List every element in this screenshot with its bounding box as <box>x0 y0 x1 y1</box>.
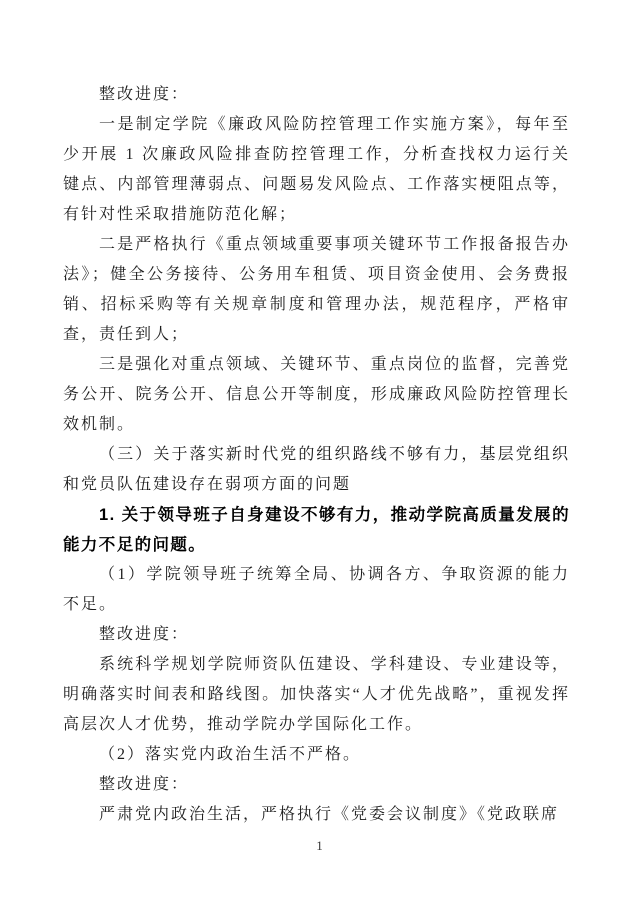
page-footer: 1 <box>0 837 639 855</box>
paragraph-section-heading-three: （三）关于落实新时代党的组织路线不够有力，基层党组织和党员队伍建设存在弱项方面的… <box>63 440 570 500</box>
document-body: 整改进度： 一是制定学院《廉政风险防控管理工作实施方案》，每年至少开展 1 次廉… <box>63 80 570 830</box>
paragraph-numbered-heading-1: 1. 关于领导班子自身建设不够有力，推动学院高质量发展的能力不足的问题。 <box>63 500 570 560</box>
paragraph-measure-one: 一是制定学院《廉政风险防控管理工作实施方案》，每年至少开展 1 次廉政风险排查防… <box>63 110 570 230</box>
paragraph-progress-detail-1: 系统科学规划学院师资队伍建设、学科建设、专业建设等，明确落实时间表和路线图。加快… <box>63 650 570 740</box>
paragraph-issue-2: （2）落实党内政治生活不严格。 <box>63 740 570 770</box>
paragraph-issue-1: （1）学院领导班子统筹全局、协调各方、争取资源的能力不足。 <box>63 560 570 620</box>
document-page: 整改进度： 一是制定学院《廉政风险防控管理工作实施方案》，每年至少开展 1 次廉… <box>0 0 639 905</box>
paragraph-measure-three: 三是强化对重点领域、关键环节、重点岗位的监督，完善党务公开、院务公开、信息公开等… <box>63 350 570 440</box>
paragraph-progress-label-1: 整改进度： <box>63 80 570 110</box>
paragraph-progress-label-3: 整改进度： <box>63 770 570 800</box>
paragraph-measure-two: 二是严格执行《重点领域重要事项关键环节工作报备报告办法》；健全公务接待、公务用车… <box>63 230 570 350</box>
page-number: 1 <box>316 838 323 853</box>
paragraph-progress-detail-2: 严肃党内政治生活，严格执行《党委会议制度》《党政联席 <box>63 800 570 830</box>
paragraph-progress-label-2: 整改进度： <box>63 620 570 650</box>
